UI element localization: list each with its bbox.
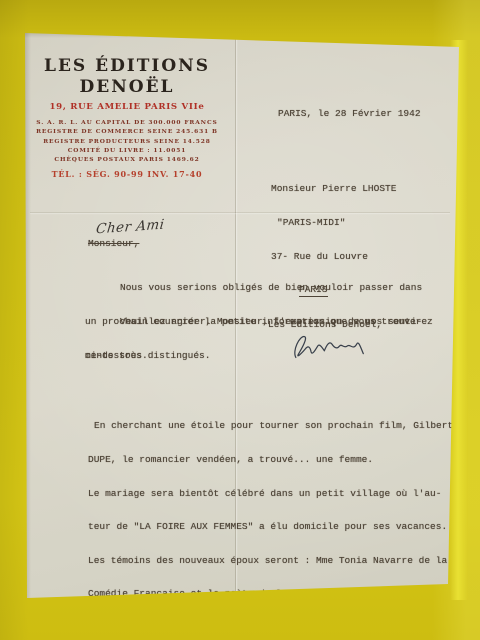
letterhead-title-line1: LES ÉDITIONS <box>36 56 218 77</box>
typed-salutation-struck: Monsieur, <box>88 238 139 249</box>
note-line: DUPE, le romancier vendéen, a trouvé... … <box>88 454 453 465</box>
recipient-company: "PARIS-MIDI" <box>271 217 396 228</box>
recipient-name: Monsieur Pierre LHOSTE <box>271 183 396 194</box>
paper-edge-shade <box>25 33 31 599</box>
body-line: Nous vous serions obligés de bien vouloi… <box>85 282 433 293</box>
paper-edge-shade <box>25 33 459 38</box>
press-note: En cherchant une étoile pour tourner son… <box>88 398 453 622</box>
handwritten-signature <box>288 328 374 366</box>
letterhead-title-line2: DENOËL <box>36 77 218 98</box>
letterhead-address: 19, RUE AMELIE PARIS VIIe <box>36 102 218 112</box>
photo-background: LES ÉDITIONS DENOËL 19, RUE AMELIE PARIS… <box>0 0 480 640</box>
dateline: PARIS, le 28 Février 1942 <box>278 108 421 119</box>
handwritten-salutation: Cher Ami <box>95 217 165 238</box>
registration-line: S. A. R. L. AU CAPITAL DE 300.000 FRANCS <box>36 118 218 127</box>
letterhead-registrations: S. A. R. L. AU CAPITAL DE 300.000 FRANCS… <box>36 118 218 164</box>
registration-line: REGISTRE DE COMMERCE SEINE 245.631 B <box>36 127 218 136</box>
note-line: teur de "LA FOIRE AUX FEMMES" a élu domi… <box>88 521 453 532</box>
registration-line: REGISTRE PRODUCTEURS SEINE 14.528 <box>36 137 218 146</box>
note-line: Comédie Française et le poète de la mer,… <box>88 588 453 599</box>
letterhead-phone: TÉL. : SÉG. 90-99 INV. 17-40 <box>36 169 218 179</box>
note-line: En cherchant une étoile pour tourner son… <box>88 420 453 431</box>
note-line: Les témoins des nouveaux époux seront : … <box>88 555 453 566</box>
letterhead: LES ÉDITIONS DENOËL 19, RUE AMELIE PARIS… <box>36 56 218 179</box>
registration-line: COMITÉ DU LIVRE : 11.0051 <box>36 146 218 155</box>
note-line: Le mariage sera bientôt célébré dans un … <box>88 488 453 499</box>
letter-paper: LES ÉDITIONS DENOËL 19, RUE AMELIE PARIS… <box>0 0 480 640</box>
registration-line: CHÈQUES POSTAUX PARIS 1469.62 <box>36 155 218 164</box>
